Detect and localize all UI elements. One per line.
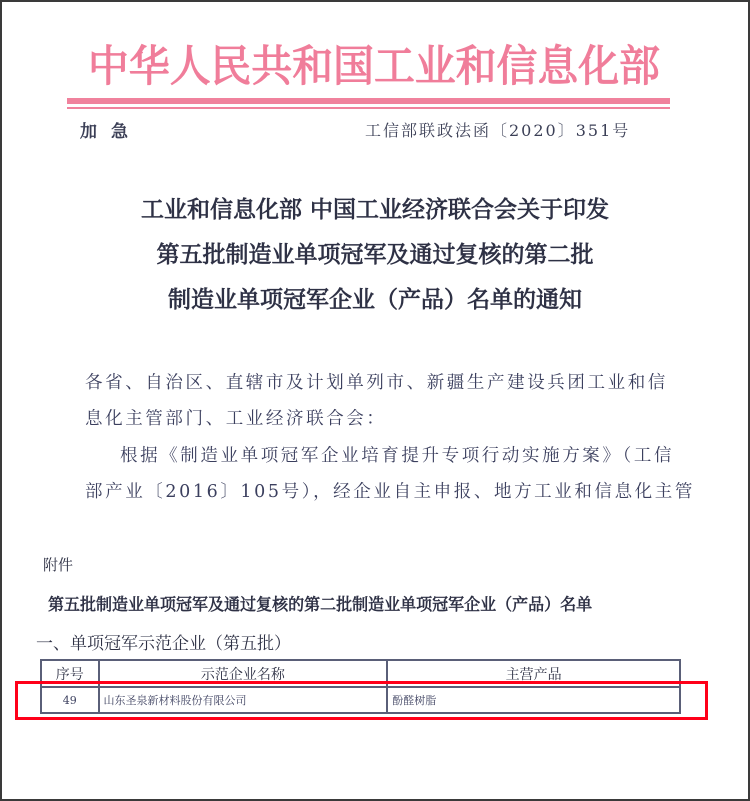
- body-text-line-2: 息化主管部门、工业经济联合会：: [85, 408, 387, 430]
- attachment-label: 附件: [43, 554, 73, 575]
- body-text-line-4: 部产业〔2016〕105号），经企业自主申报、地方工业和信息化主管: [85, 481, 695, 503]
- attachment-title: 第五批制造业单项冠军及通过复核的第二批制造业单项冠军企业（产品）名单: [48, 591, 592, 615]
- body-text-line-1: 各省、自治区、直辖市及计划单列市、新疆生产建设兵团工业和信: [85, 372, 668, 394]
- section-title: 一、单项冠军示范企业（第五批）: [36, 629, 291, 654]
- masthead-rule-thick: [67, 98, 670, 104]
- body-text-line-3: 根据《制造业单项冠军企业培育提升专项行动实施方案》（工信: [120, 445, 674, 467]
- notice-title-line-2: 第五批制造业单项冠军及通过复核的第二批: [0, 241, 750, 269]
- notice-title-line-1: 工业和信息化部 中国工业经济联合会关于印发: [0, 196, 750, 224]
- masthead-title: 中华人民共和国工业和信息化部: [88, 44, 639, 90]
- notice-title-line-3: 制造业单项冠军企业（产品）名单的通知: [0, 286, 750, 314]
- masthead-rule-thin: [67, 107, 670, 109]
- document-number: 工信部联政法函〔2020〕351号: [365, 118, 630, 141]
- highlight-annotation-box: [15, 681, 708, 720]
- urgency-label: 加急: [80, 117, 142, 142]
